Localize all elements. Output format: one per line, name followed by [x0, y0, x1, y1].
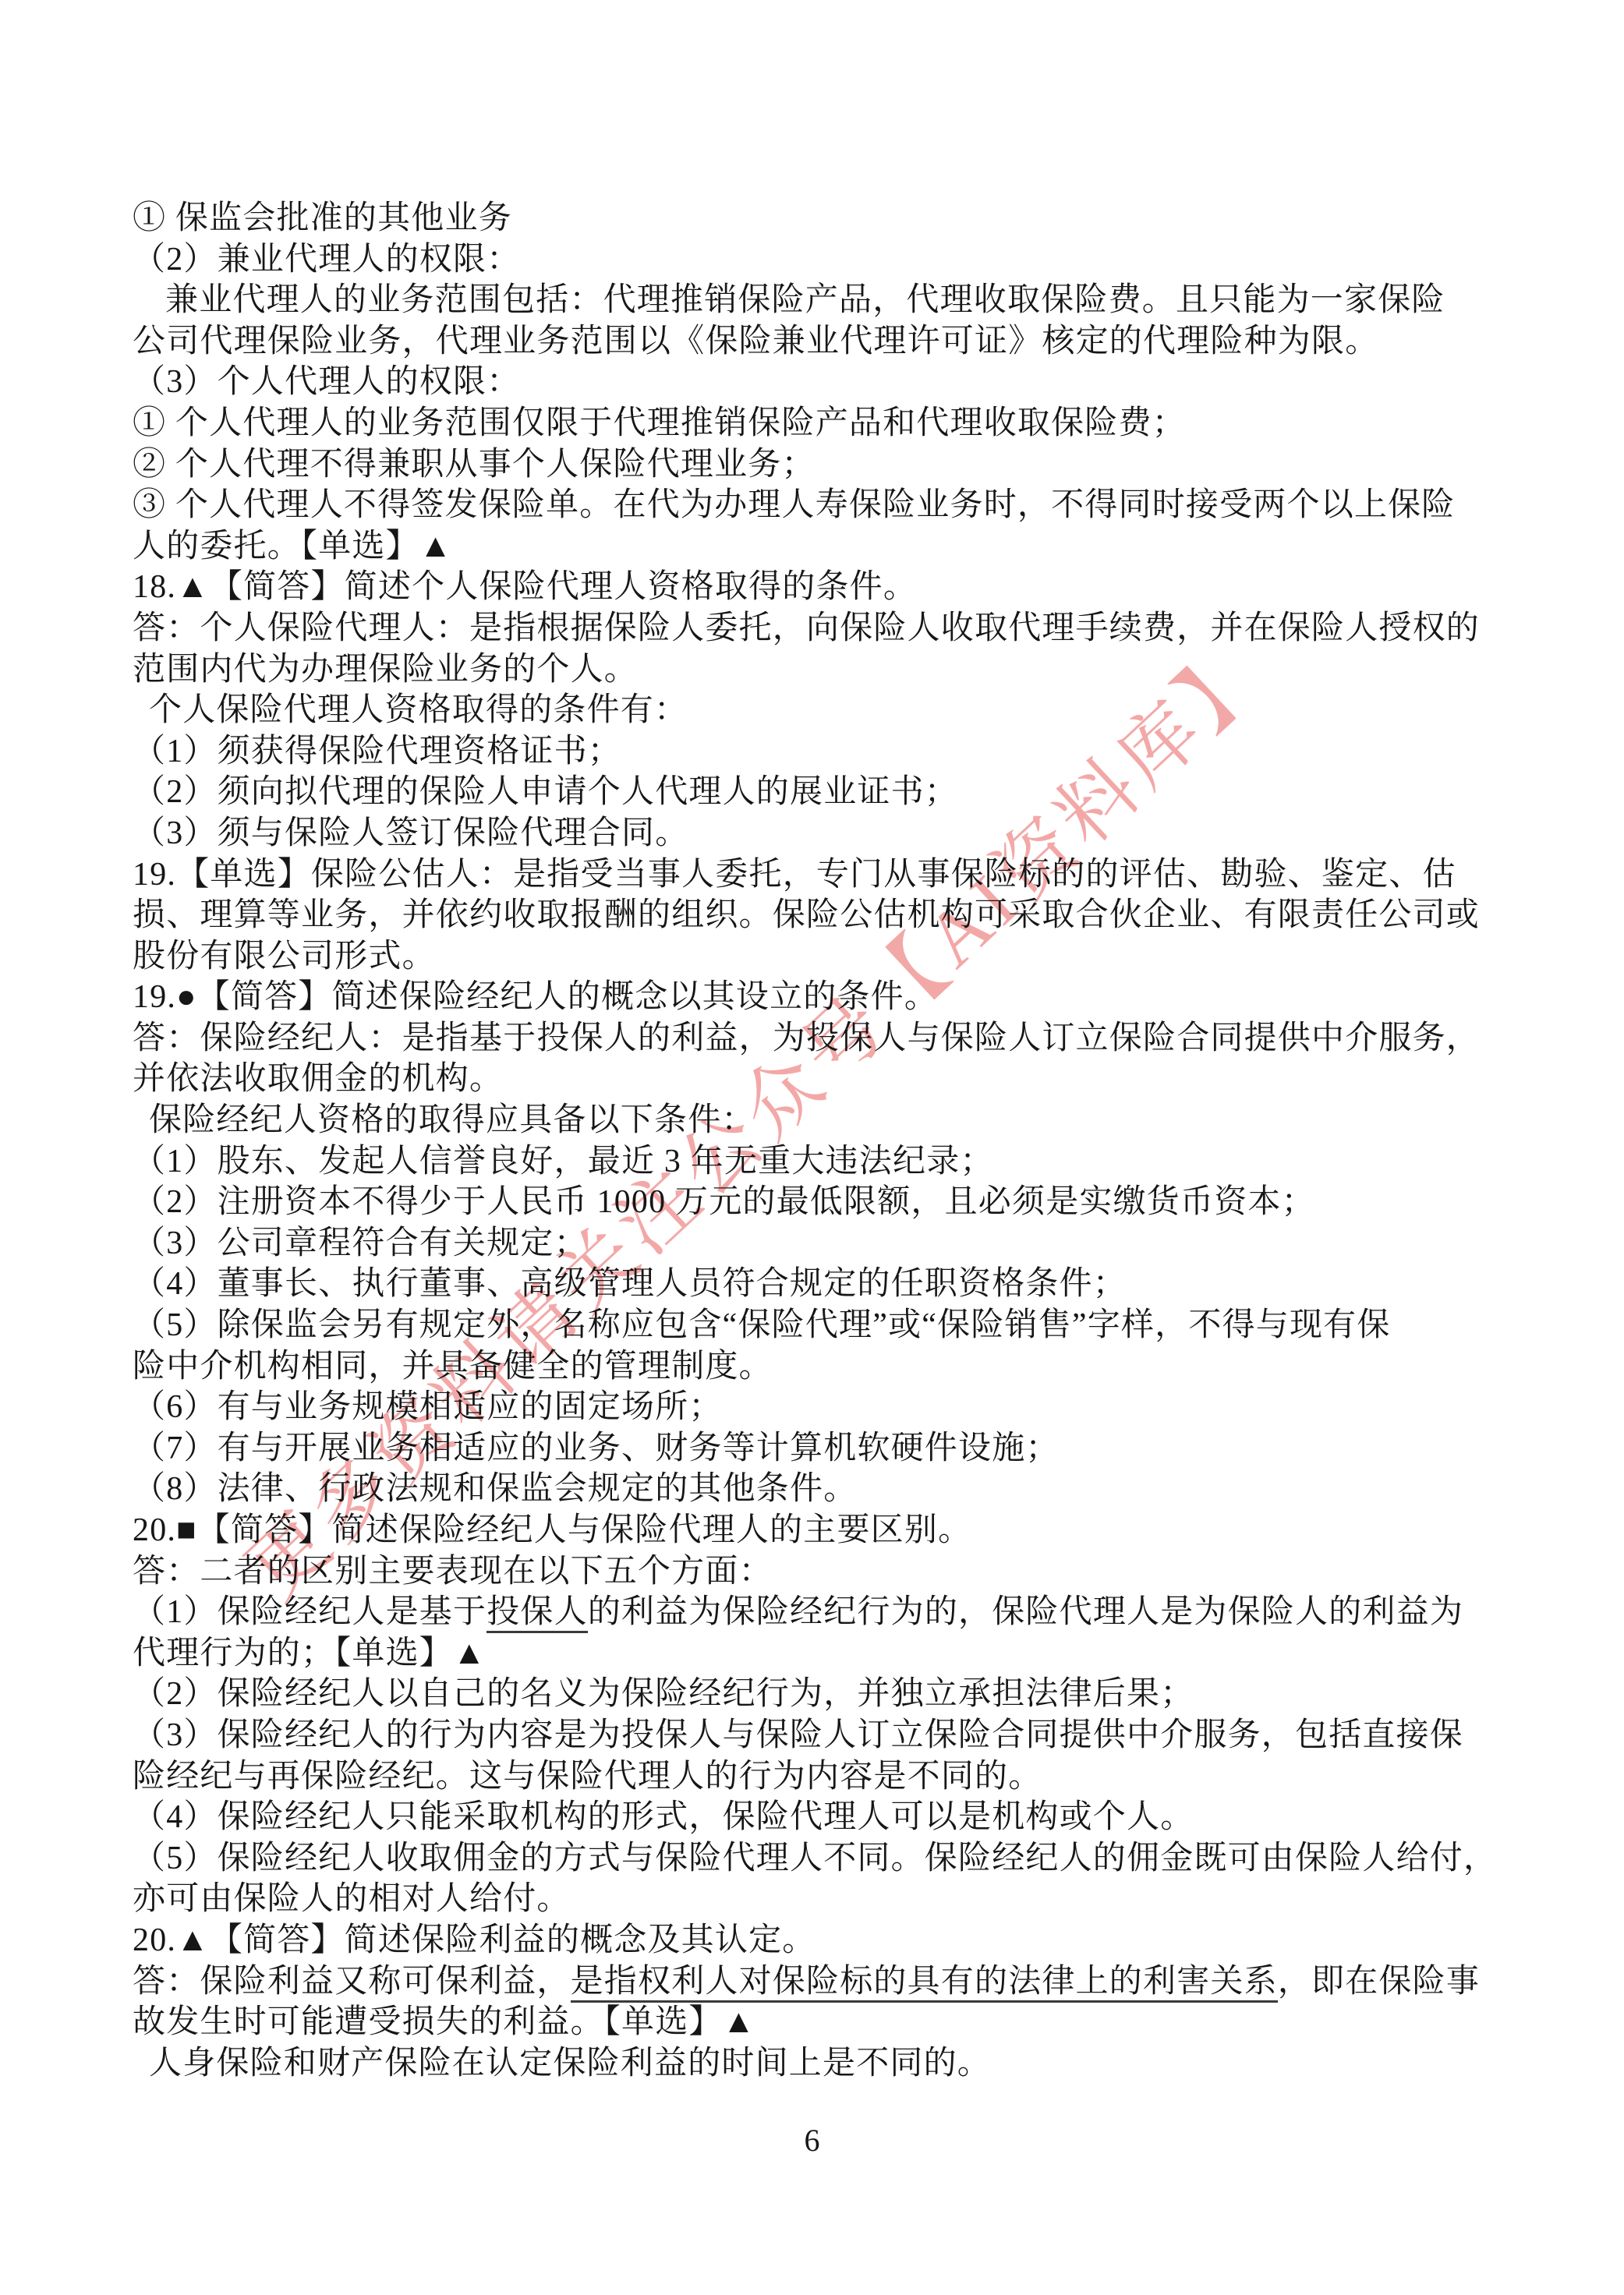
- text-line: 并依法收取佣金的机构。: [133, 1059, 1505, 1100]
- text-line: 险中介机构相同，并具备健全的管理制度。: [133, 1346, 1505, 1388]
- text-line: 亦可由保险人的相对人给付。: [133, 1879, 1505, 1920]
- text-line: （2）兼业代理人的权限：: [133, 239, 1505, 281]
- text-line: 19.●【简答】简述保险经纪人的概念以其设立的条件。: [133, 977, 1505, 1018]
- text-line: 公司代理保险业务，代理业务范围以《保险兼业代理许可证》核定的代理险种为限。: [133, 321, 1505, 362]
- text-line: 个人保险代理人资格取得的条件有：: [133, 690, 1505, 731]
- text-line: 19.【单选】保险公估人：是指受当事人委托，专门从事保险标的的评估、勘验、鉴定、…: [133, 854, 1505, 896]
- text-line: （7）有与开展业务相适应的业务、财务等计算机软硬件设施；: [133, 1428, 1505, 1469]
- text-line: （2）须向拟代理的保险人申请个人代理人的展业证书；: [133, 772, 1505, 813]
- text-line: （1）股东、发起人信誉良好，最近 3 年无重大违法纪录；: [133, 1141, 1505, 1183]
- text-line: 18.▲【简答】简述个人保险代理人资格取得的条件。: [133, 567, 1505, 608]
- text-line: （3）须与保险人签订保险代理合同。: [133, 813, 1505, 854]
- text-line: 股份有限公司形式。: [133, 936, 1505, 978]
- text-line: 保险经纪人资格的取得应具备以下条件：: [133, 1100, 1505, 1141]
- text-line: 范围内代为办理保险业务的个人。: [133, 649, 1505, 691]
- text-line: （2）注册资本不得少于人民币 1000 万元的最低限额，且必须是实缴货币资本；: [133, 1182, 1505, 1223]
- text-line: 答：二者的区别主要表现在以下五个方面：: [133, 1551, 1505, 1593]
- text-line: 损、理算等业务，并依约收取报酬的组织。保险公估机构可采取合伙企业、有限责任公司或: [133, 895, 1505, 936]
- text-line: 答：保险利益又称可保利益，是指权利人对保险标的具有的法律上的利害关系，即在保险事: [133, 1961, 1505, 2003]
- text-line: ③ 个人代理人不得签发保险单。在代为办理人寿保险业务时，不得同时接受两个以上保险: [133, 485, 1505, 526]
- text-line: （5）保险经纪人收取佣金的方式与保险代理人不同。保险经纪人的佣金既可由保险人给付…: [133, 1838, 1505, 1879]
- text-line: 代理行为的；【单选】▲: [133, 1633, 1505, 1674]
- text-line: （6）有与业务规模相适应的固定场所；: [133, 1387, 1505, 1428]
- text-line: （3）公司章程符合有关规定；: [133, 1223, 1505, 1264]
- underlined-text: 是指权利人对保险标的具有的法律上的利害关系: [571, 1964, 1278, 2003]
- text-line: （8）法律、行政法规和保监会规定的其他条件。: [133, 1469, 1505, 1510]
- text-content: ① 保监会批准的其他业务（2）兼业代理人的权限：兼业代理人的业务范围包括：代理推…: [133, 198, 1505, 2084]
- text-line: （1）保险经纪人是基于投保人的利益为保险经纪行为的，保险代理人是为保险人的利益为: [133, 1592, 1505, 1633]
- text-line: （4）董事长、执行董事、高级管理人员符合规定的任职资格条件；: [133, 1264, 1505, 1305]
- text-line: （4）保险经纪人只能采取机构的形式，保险代理人可以是机构或个人。: [133, 1797, 1505, 1838]
- text-line: ② 个人代理不得兼职从事个人保险代理业务；: [133, 444, 1505, 486]
- text-line: 险经纪与再保险经纪。这与保险代理人的行为内容是不同的。: [133, 1756, 1505, 1798]
- text-line: （5）除保监会另有规定外，名称应包含“保险代理”或“保险销售”字样，不得与现有保: [133, 1305, 1505, 1346]
- text-line: 答：个人保险代理人：是指根据保险人委托，向保险人收取代理手续费，并在保险人授权的: [133, 608, 1505, 649]
- text-line: 故发生时可能遭受损失的利益。【单选】▲: [133, 2002, 1505, 2043]
- text-line: 兼业代理人的业务范围包括：代理推销保险产品，代理收取保险费。且只能为一家保险: [133, 280, 1505, 321]
- text-line: 20.■【简答】简述保险经纪人与保险代理人的主要区别。: [133, 1510, 1505, 1551]
- text-line: （2）保险经纪人以自己的名义为保险经纪行为，并独立承担法律后果；: [133, 1674, 1505, 1715]
- text-line: 答：保险经纪人：是指基于投保人的利益，为投保人与保险人订立保险合同提供中介服务，: [133, 1018, 1505, 1059]
- text-line: 人身保险和财产保险在认定保险利益的时间上是不同的。: [133, 2043, 1505, 2085]
- text-line: 20.▲【简答】简述保险利益的概念及其认定。: [133, 1920, 1505, 1961]
- document-page: 更多资料请关注公众号【AI资料库】 ① 保监会批准的其他业务（2）兼业代理人的权…: [0, 0, 1624, 2295]
- text-line: （1）须获得保险代理资格证书；: [133, 731, 1505, 773]
- text-line: 人的委托。【单选】▲: [133, 526, 1505, 568]
- text-line: （3）个人代理人的权限：: [133, 362, 1505, 403]
- text-line: ① 个人代理人的业务范围仅限于代理推销保险产品和代理收取保险费；: [133, 403, 1505, 444]
- underlined-text: 投保人: [486, 1594, 588, 1633]
- text-line: （3）保险经纪人的行为内容是为投保人与保险人订立保险合同提供中介服务，包括直接保: [133, 1715, 1505, 1756]
- text-line: ① 保监会批准的其他业务: [133, 198, 1505, 239]
- page-number: 6: [0, 2122, 1624, 2159]
